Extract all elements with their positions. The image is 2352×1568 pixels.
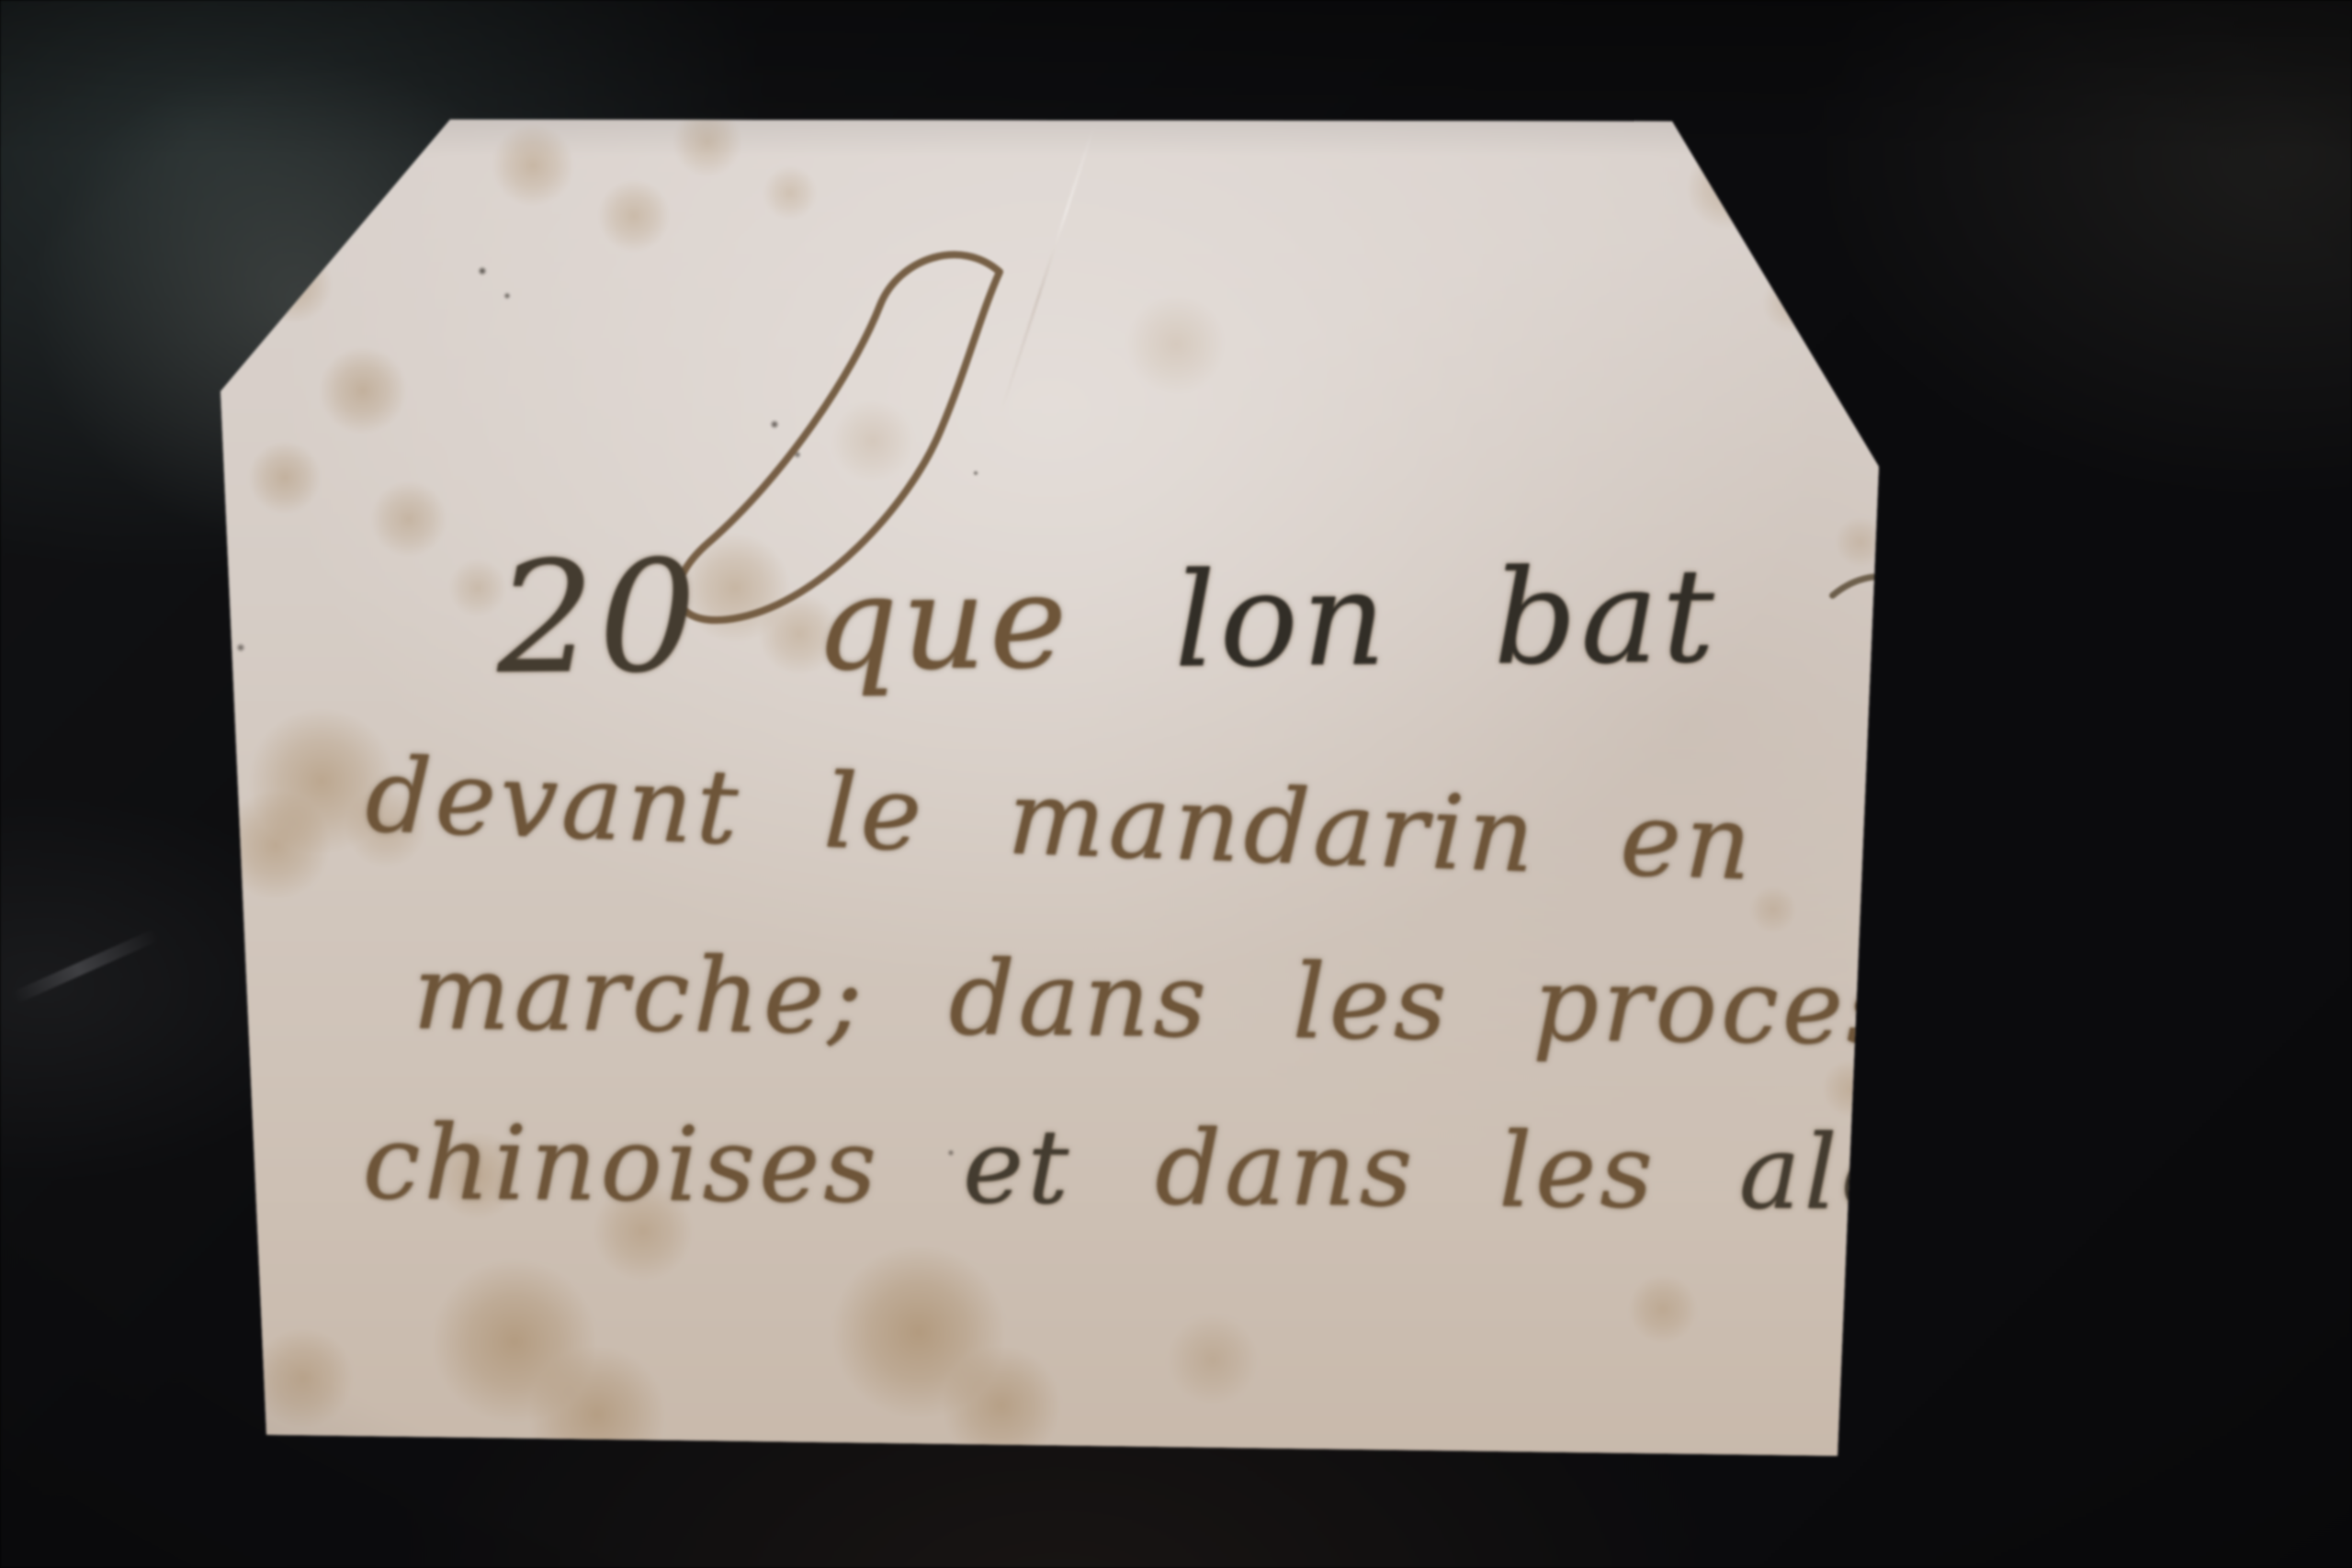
handwritten-word: devant [364,744,743,860]
handwritten-word: les [1292,951,1451,1055]
handwritten-word: et [962,1116,1072,1220]
photo-scene: 20 que lon bat devant le mandarin en mar… [0,0,2352,1568]
handwritten-word: chinoises [362,1111,880,1218]
handwritten-word: dans [948,947,1210,1053]
handwriting-line-1: 20 que lon bat [496,528,2049,695]
handwritten-word: lon [1173,555,1390,687]
handwritten-word: que [814,558,1071,690]
handwritten-word: le [822,760,927,866]
handwritten-word: les [1498,1120,1657,1224]
catalog-number: 20 [496,540,701,695]
paper-label: 20 que lon bat devant le mandarin en mar… [216,110,1883,1465]
handwritten-word: marche; [413,942,867,1049]
handwritten-word: dans [1155,1117,1417,1222]
handwritten-word: mandarin [1006,766,1540,887]
handwritten-word: en [1619,788,1757,896]
handwritten-word: bat [1493,551,1719,683]
handwriting-line-2: devant le mandarin en [364,744,1803,897]
